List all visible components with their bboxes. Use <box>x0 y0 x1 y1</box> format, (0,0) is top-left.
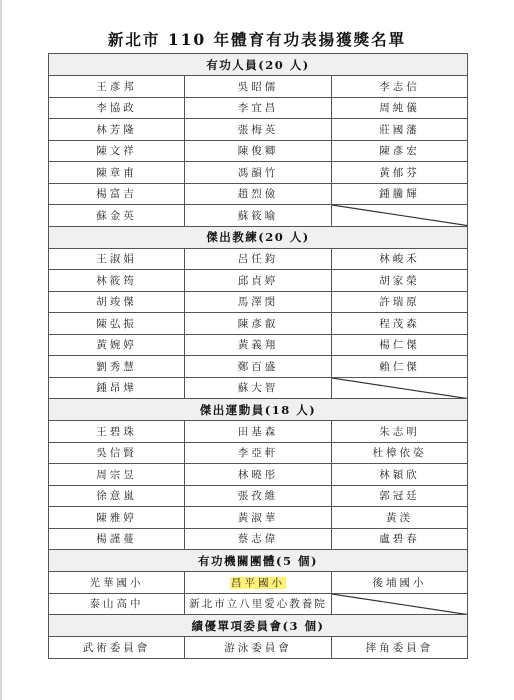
name-cell: 邱貞婷 <box>185 270 332 292</box>
name-cell: 王彥邦 <box>49 76 185 98</box>
name-cell: 陳文祥 <box>49 140 185 162</box>
name-cell: 呂任鈞 <box>185 248 332 270</box>
name-cell: 林穎欣 <box>332 464 468 486</box>
table-row: 吳信賢李亞軒杜樟依姿 <box>49 442 468 464</box>
section-heading-meritorious-staff: 有功人員(20 人) <box>49 54 468 76</box>
table-row: 徐意嵐張孜維郭冠廷 <box>49 485 468 507</box>
name-cell: 黃郁芬 <box>332 162 468 184</box>
table-row: 劉秀慧鄭百盛賴仁傑 <box>49 356 468 378</box>
document-title: 新北市 110 年體育有功表揚獲獎名單 <box>0 28 514 50</box>
name-cell: 鍾騰輝 <box>332 183 468 205</box>
name-cell: 郭冠廷 <box>332 485 468 507</box>
diagonal-slash-icon <box>332 378 467 399</box>
committee-cell: 游泳委員會 <box>185 637 332 659</box>
table-row: 林芳隆張梅英莊國藩 <box>49 119 468 141</box>
name-cell: 楊謹蔓 <box>49 528 185 550</box>
empty-cell-slash <box>332 377 468 399</box>
page-edge <box>0 0 2 700</box>
org-cell: 光華國小 <box>49 572 185 594</box>
name-cell: 周純儀 <box>332 97 468 119</box>
name-cell: 程茂森 <box>332 313 468 335</box>
name-cell: 楊仁傑 <box>332 334 468 356</box>
name-cell: 張孜維 <box>185 485 332 507</box>
table-row: 陳雅婷黃淑華黃渼 <box>49 507 468 529</box>
name-cell: 陳章甫 <box>49 162 185 184</box>
name-cell: 蘇金英 <box>49 205 185 227</box>
table-row: 武術委員會游泳委員會摔角委員會 <box>49 637 468 659</box>
table-row: 楊謹蔓蔡志偉盧碧春 <box>49 528 468 550</box>
table-row: 陳文祥陳俊卿陳彥宏 <box>49 140 468 162</box>
section-heading-outstanding-coaches: 傑出教練(20 人) <box>49 226 468 248</box>
name-cell: 李亞軒 <box>185 442 332 464</box>
name-cell: 王淑娟 <box>49 248 185 270</box>
name-cell: 林筱筠 <box>49 270 185 292</box>
section-heading-committees: 績優單項委員會(3 個) <box>49 615 468 637</box>
name-cell: 趙烈儉 <box>185 183 332 205</box>
committee-cell: 摔角委員會 <box>332 637 468 659</box>
table-row: 楊富吉趙烈儉鍾騰輝 <box>49 183 468 205</box>
name-cell: 蔡志偉 <box>185 528 332 550</box>
name-cell: 陳彥宏 <box>332 140 468 162</box>
name-cell: 吳信賢 <box>49 442 185 464</box>
empty-cell-slash <box>332 593 468 615</box>
name-cell: 李志信 <box>332 76 468 98</box>
table-row: 胡竣傑馬澤閔許瑞原 <box>49 291 468 313</box>
name-cell: 吳昭儒 <box>185 76 332 98</box>
name-cell: 陳俊卿 <box>185 140 332 162</box>
name-cell: 馬澤閔 <box>185 291 332 313</box>
table-row: 陳弘振陳彥叡程茂森 <box>49 313 468 335</box>
name-cell: 李宜昌 <box>185 97 332 119</box>
org-cell: 後埔國小 <box>332 572 468 594</box>
name-cell: 張梅英 <box>185 119 332 141</box>
table-row: 王彥邦吳昭儒李志信 <box>49 76 468 98</box>
name-cell: 黃渼 <box>332 507 468 529</box>
name-cell: 林芳隆 <box>49 119 185 141</box>
name-cell: 杜樟依姿 <box>332 442 468 464</box>
section-header-row: 傑出運動員(18 人) <box>49 399 468 421</box>
section-heading-outstanding-athletes: 傑出運動員(18 人) <box>49 399 468 421</box>
name-cell: 劉秀慧 <box>49 356 185 378</box>
name-cell: 鄭百盛 <box>185 356 332 378</box>
name-cell: 周宗昱 <box>49 464 185 486</box>
name-cell: 朱志明 <box>332 421 468 443</box>
table-row: 光華國小昌平國小後埔國小 <box>49 572 468 594</box>
diagonal-slash-icon <box>332 205 467 226</box>
table-row: 泰山高中新北市立八里愛心教養院 <box>49 593 468 615</box>
table-row: 林筱筠邱貞婷胡家榮 <box>49 270 468 292</box>
name-cell: 馮韻竹 <box>185 162 332 184</box>
table-row: 李協政李宜昌周純儀 <box>49 97 468 119</box>
diagonal-slash-icon <box>332 594 467 615</box>
section-header-row: 有功機關團體(5 個) <box>49 550 468 572</box>
table-row: 蘇金英蘇筱喻 <box>49 205 468 227</box>
name-cell: 陳彥叡 <box>185 313 332 335</box>
name-cell: 胡家榮 <box>332 270 468 292</box>
table-row: 黃婉婷黃義翔楊仁傑 <box>49 334 468 356</box>
name-cell: 徐意嵐 <box>49 485 185 507</box>
name-cell: 陳弘振 <box>49 313 185 335</box>
name-cell: 莊國藩 <box>332 119 468 141</box>
section-header-row: 傑出教練(20 人) <box>49 226 468 248</box>
name-cell: 盧碧春 <box>332 528 468 550</box>
section-header-row: 有功人員(20 人) <box>49 54 468 76</box>
name-cell: 林峻禾 <box>332 248 468 270</box>
name-cell: 田基森 <box>185 421 332 443</box>
table-row: 王淑娟呂任鈞林峻禾 <box>49 248 468 270</box>
table-row: 王碧珠田基森朱志明 <box>49 421 468 443</box>
name-cell: 蘇大智 <box>185 377 332 399</box>
name-cell: 蘇筱喻 <box>185 205 332 227</box>
name-cell: 胡竣傑 <box>49 291 185 313</box>
name-cell: 鍾昂燁 <box>49 377 185 399</box>
awards-table: 有功人員(20 人) 王彥邦吳昭儒李志信 李協政李宜昌周純儀 林芳隆張梅英莊國藩… <box>48 53 468 659</box>
table-row: 鍾昂燁蘇大智 <box>49 377 468 399</box>
name-cell: 李協政 <box>49 97 185 119</box>
name-cell: 陳雅婷 <box>49 507 185 529</box>
org-cell: 泰山高中 <box>49 593 185 615</box>
table-row: 周宗昱林曉彤林穎欣 <box>49 464 468 486</box>
name-cell: 賴仁傑 <box>332 356 468 378</box>
table-row: 陳章甫馮韻竹黃郁芬 <box>49 162 468 184</box>
org-cell-highlighted: 昌平國小 <box>185 572 332 594</box>
empty-cell-slash <box>332 205 468 227</box>
name-cell: 王碧珠 <box>49 421 185 443</box>
committee-cell: 武術委員會 <box>49 637 185 659</box>
name-cell: 林曉彤 <box>185 464 332 486</box>
name-cell: 許瑞原 <box>332 291 468 313</box>
section-header-row: 績優單項委員會(3 個) <box>49 615 468 637</box>
name-cell: 黃義翔 <box>185 334 332 356</box>
name-cell: 楊富吉 <box>49 183 185 205</box>
org-cell: 新北市立八里愛心教養院 <box>185 593 332 615</box>
section-heading-organizations: 有功機關團體(5 個) <box>49 550 468 572</box>
highlighted-text: 昌平國小 <box>230 577 286 589</box>
name-cell: 黃淑華 <box>185 507 332 529</box>
name-cell: 黃婉婷 <box>49 334 185 356</box>
